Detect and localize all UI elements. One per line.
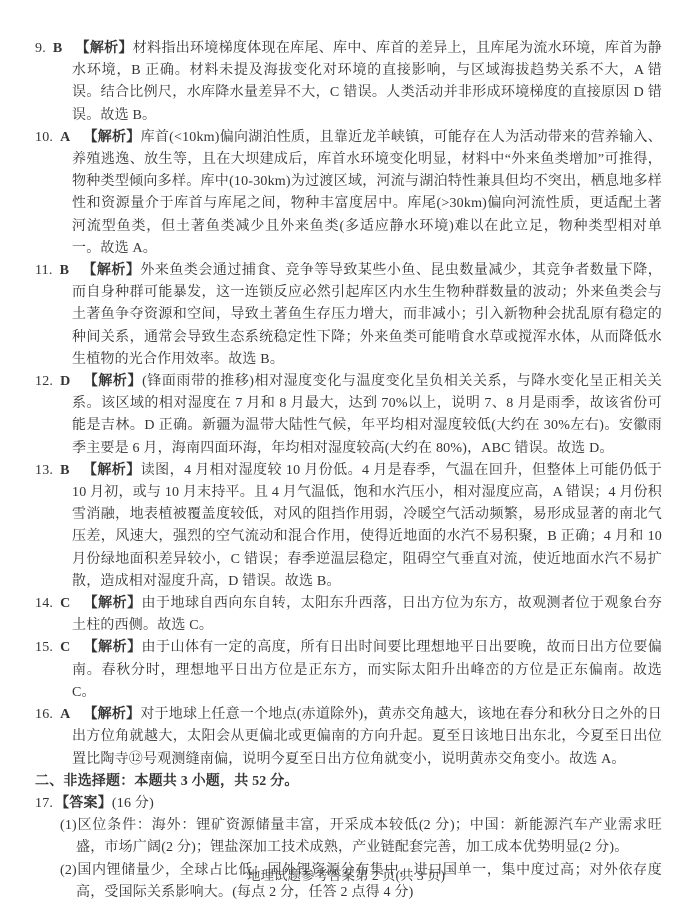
- explanation-text: 材料指出环境梯度体现在库尾、库中、库首的差异上，且库尾为流水环境，库首为静水环境…: [72, 41, 662, 123]
- question-17-heading: 17.【答案】(16 分): [35, 793, 662, 815]
- answer-letter: B: [53, 41, 63, 56]
- answer-letter: B: [60, 263, 70, 278]
- explanation-tag: 【解析】: [83, 596, 141, 611]
- answer-key-page: 9.B【解析】材料指出环境梯度体现在库尾、库中、库首的差异上，且库尾为流水环境，…: [35, 38, 662, 904]
- explanation-tag: 【解析】: [75, 41, 132, 56]
- answer-item-9: 9.B【解析】材料指出环境梯度体现在库尾、库中、库首的差异上，且库尾为流水环境，…: [35, 38, 662, 127]
- sub-answer-1: (1)区位条件：海外：锂矿资源储量丰富，开采成本较低(2 分)；中国：新能源汽车…: [60, 815, 662, 859]
- explanation-text: 外来鱼类会通过捕食、竞争等导致某些小鱼、昆虫数量减少，其竞争者数量下降，而自身种…: [72, 263, 662, 367]
- explanation-text: (锋面雨带的推移)相对湿度变化与温度变化呈负相关关系，与降水变化呈正相关关系。该…: [72, 374, 662, 456]
- sub-item-label: (1): [60, 818, 77, 833]
- explanation-text: 库首(<10km)偏向湖泊性质，且靠近龙羊峡镇，可能存在人为活动带来的营养输入、…: [72, 130, 662, 256]
- explanation-tag: 【解析】: [83, 640, 141, 655]
- explanation-tag: 【解析】: [83, 463, 141, 478]
- explanation-tag: 【解析】: [83, 374, 142, 389]
- answer-item-10: 10.A【解析】库首(<10km)偏向湖泊性质，且靠近龙羊峡镇，可能存在人为活动…: [35, 127, 662, 260]
- answer-item-12: 12.D【解析】(锋面雨带的推移)相对湿度变化与温度变化呈负相关关系，与降水变化…: [35, 371, 662, 460]
- answer-item-11: 11.B【解析】外来鱼类会通过捕食、竞争等导致某些小鱼、昆虫数量减少，其竞争者数…: [35, 260, 662, 371]
- answer-letter: B: [60, 463, 70, 478]
- page-footer: 地理试题参考答案第 2 页(共 3 页): [0, 864, 692, 884]
- question-number: 10.: [35, 130, 53, 145]
- question-number: 16.: [35, 707, 53, 722]
- explanation-text: 对于地球上任意一个地点(赤道除外)，黄赤交角越大，该地在春分和秋分日之外的日出方…: [72, 707, 662, 766]
- explanation-tag: 【解析】: [83, 707, 140, 722]
- explanation-text: 由于地球自西向东自转，太阳东升西落，日出方位为东方，故观测者位于观象台夯土柱的西…: [72, 596, 662, 633]
- explanation-text: 读图，4 月相对湿度较 10 月份低。4 月是春季，气温在回升，但整体上可能仍低…: [72, 463, 662, 589]
- answer-item-15: 15.C【解析】由于山体有一定的高度，所有日出时间要比理想地平日出要晚，故而日出…: [35, 637, 662, 704]
- points-label: (16 分): [112, 796, 154, 811]
- answer-item-17: 17.【答案】(16 分) (1)区位条件：海外：锂矿资源储量丰富，开采成本较低…: [35, 793, 662, 904]
- answer-letter: C: [60, 640, 70, 655]
- sub-item-text: 区位条件：海外：锂矿资源储量丰富，开采成本较低(2 分)；中国：新能源汽车产业需…: [76, 818, 662, 855]
- answer-item-16: 16.A【解析】对于地球上任意一个地点(赤道除外)，黄赤交角越大，该地在春分和秋…: [35, 704, 662, 771]
- answer-item-14: 14.C【解析】由于地球自西向东自转，太阳东升西落，日出方位为东方，故观测者位于…: [35, 593, 662, 637]
- answer-letter: A: [60, 130, 70, 145]
- answer-letter: A: [60, 707, 70, 722]
- question-number: 13.: [35, 463, 53, 478]
- question-number: 9.: [35, 41, 46, 56]
- question-number: 17.: [35, 796, 53, 811]
- explanation-tag: 【解析】: [82, 263, 140, 278]
- answer-item-13: 13.B【解析】读图，4 月相对湿度较 10 月份低。4 月是春季，气温在回升，…: [35, 460, 662, 593]
- answer-letter: D: [60, 374, 70, 389]
- question-number: 12.: [35, 374, 53, 389]
- question-number: 14.: [35, 596, 53, 611]
- explanation-text: 由于山体有一定的高度，所有日出时间要比理想地平日出要晚，故而日出方位要偏南。春秋…: [72, 640, 662, 699]
- explanation-tag: 【解析】: [83, 130, 140, 145]
- answer-tag: 【答案】: [55, 796, 112, 811]
- answer-letter: C: [60, 596, 70, 611]
- section-2-header: 二、非选择题：本题共 3 小题，共 52 分。: [35, 771, 662, 793]
- question-number: 15.: [35, 640, 53, 655]
- question-number: 11.: [35, 263, 53, 278]
